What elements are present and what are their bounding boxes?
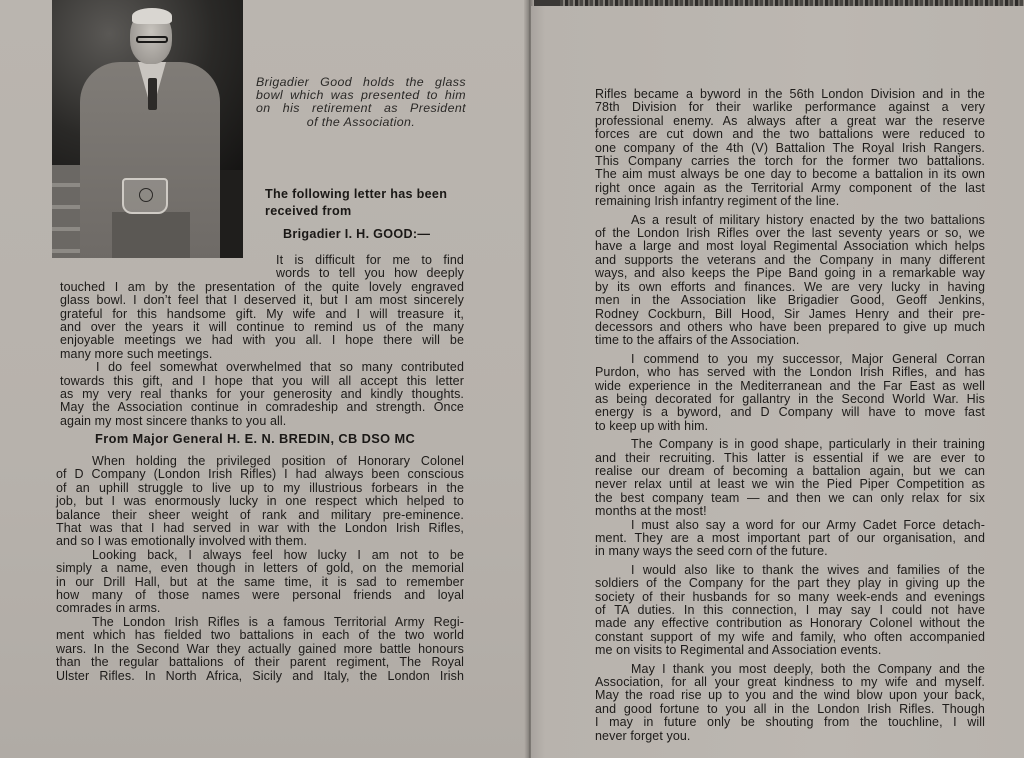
text-line: of D Company (London Irish Rifles) I had… <box>56 468 464 481</box>
text-line: remaining Irish infantry regiment of the… <box>595 195 985 208</box>
text-line: the best company team — and then we can … <box>595 492 985 505</box>
intro-line-1: The following letter has been <box>265 187 447 201</box>
photo-trousers <box>112 212 190 258</box>
letter-bredin-heading: From Major General H. E. N. BREDIN, CB D… <box>95 431 455 446</box>
text-line: and good fortune to you all in the Londo… <box>595 703 985 716</box>
text-line: I may in future only be shouting from th… <box>595 716 985 729</box>
text-line: ways, and also keeps the Pipe Band going… <box>595 267 985 280</box>
text-line: wars. In the Second War they actually ga… <box>56 643 464 656</box>
text-line: I would also like to thank the wives and… <box>595 564 985 577</box>
text-line: as being decorated for gallantry in the … <box>595 393 985 406</box>
text-line: Looking back, I always feel how lucky I … <box>56 549 464 562</box>
text-line: of an uphill struggle to live up to my i… <box>56 482 464 495</box>
text-line: never forget you. <box>595 730 985 743</box>
text-line: and supports the veterans and the Compan… <box>595 254 985 267</box>
text-line: touched I am by the presentation of the … <box>60 281 464 294</box>
text-line: May the road rise up to you and the wind… <box>595 689 985 702</box>
text-line: balance their sheer weight of rank and m… <box>56 509 464 522</box>
text-line: never relax until at least we win the Pi… <box>595 478 985 491</box>
text-line: time to the affairs of the Association. <box>595 334 985 347</box>
caption-line: of the Association. <box>256 116 466 129</box>
text-line: of the London Irish Rifles over the last… <box>595 227 985 240</box>
photo-glasses <box>136 36 168 43</box>
text-line: glass bowl. I don’t feel that I deserved… <box>60 294 464 307</box>
photo-brigadier-good <box>52 0 243 258</box>
text-line: how many of those names were personal fr… <box>56 589 464 602</box>
text-line: simply a name, even though in letters of… <box>56 562 464 575</box>
letter-bredin-continued: Rifles became a byword in the 56th Londo… <box>595 88 985 743</box>
text-line: men in the Association like Brigadier Go… <box>595 294 985 307</box>
text-line: decessors and others who have been prepa… <box>595 321 985 334</box>
letter-signer: Brigadier I. H. GOOD:— <box>265 226 470 243</box>
text-line: as my very real thanks for your generosi… <box>60 388 464 401</box>
text-line: of TA duties. In this connection, I may … <box>595 604 985 617</box>
letter-good-body: It is difficult for me to findwords to t… <box>60 254 464 428</box>
text-line: energy is a byword, and D Company will h… <box>595 406 985 419</box>
photo-hair <box>132 8 172 24</box>
text-line: professional enemy. As always after a gr… <box>595 115 985 128</box>
text-line: and so I was emotionally involved with t… <box>56 535 464 548</box>
text-line: May I thank you most deeply, both the Co… <box>595 663 985 676</box>
text-line: society of their husbands for so many we… <box>595 591 985 604</box>
glass-bowl <box>122 178 168 214</box>
text-line: The Company is in good shape, particular… <box>595 438 985 451</box>
text-line: 78th Division for their warlike performa… <box>595 101 985 114</box>
text-line: Association, for all your great kindness… <box>595 676 985 689</box>
text-line: ment. They are a most important part of … <box>595 532 985 545</box>
text-line: The London Irish Rifles is a famous Terr… <box>56 616 464 629</box>
text-line: comrades in arms. <box>56 602 464 615</box>
text-line: in our Drill Hall, but at the same time,… <box>56 576 464 589</box>
text-line: wide experience in the Mediterranean and… <box>595 380 985 393</box>
text-line: When holding the privileged position of … <box>56 455 464 468</box>
text-line: ment which has fielded two battalions in… <box>56 629 464 642</box>
text-line: As a result of military history enacted … <box>595 214 985 227</box>
text-line: That was that I had served in war with t… <box>56 522 464 535</box>
text-line: me on visits to Regimental and Associati… <box>595 644 985 657</box>
letter-bredin-body: When holding the privileged position of … <box>56 455 464 683</box>
text-line: have a large and most loyal Regimental A… <box>595 240 985 253</box>
photo-caption: Brigadier Good holds the glass bowl whic… <box>256 76 466 129</box>
text-line: Rifles became a byword in the 56th Londo… <box>595 88 985 101</box>
photo-tie <box>148 78 157 110</box>
text-line: I commend to you my successor, Major Gen… <box>595 353 985 366</box>
text-line: right once again as the Territorial Army… <box>595 182 985 195</box>
text-line: Purdon, who has served with the London I… <box>595 366 985 379</box>
caption-line: on his retirement as President <box>256 102 466 115</box>
text-line: I must also say a word for our Army Cade… <box>595 519 985 532</box>
text-line: words to tell you how deeply <box>276 267 464 280</box>
text-line: to keep up with him. <box>595 420 985 433</box>
text-line: realise our dream of becoming a battalio… <box>595 465 985 478</box>
text-line: made any effective contribution as Honor… <box>595 617 985 630</box>
text-line: and over the years it will continue to r… <box>60 321 464 334</box>
text-line: The aim must always be one day to become… <box>595 168 985 181</box>
text-line: I do feel somewhat overwhelmed that so m… <box>60 361 464 374</box>
text-line: months at the most! <box>595 505 985 518</box>
text-line: by its own efforts and finances. We are … <box>595 281 985 294</box>
text-line: enjoyable meetings we had with you all. … <box>60 334 464 347</box>
text-line: again my most sincere thanks to you all. <box>60 415 464 428</box>
text-line: one company of the 4th (V) Battalion The… <box>595 142 985 155</box>
text-line: towards this gift, and I hope that you w… <box>60 375 464 388</box>
letter-intro: The following letter has been received f… <box>265 186 470 243</box>
text-line: than the regular battalions of their par… <box>56 656 464 669</box>
text-line: forces are cut down and the two battalio… <box>595 128 985 141</box>
text-line: and their recruiting. This latter is ess… <box>595 452 985 465</box>
bowl-crest-icon <box>139 188 153 202</box>
text-line: constant support of my wife and family, … <box>595 631 985 644</box>
text-line: This Company carries the torch for the f… <box>595 155 985 168</box>
text-line: soldiers of the Company for the part the… <box>595 577 985 590</box>
text-line: Ulster Rifles. In North Africa, Sicily a… <box>56 670 464 683</box>
text-line: It is difficult for me to find <box>276 254 464 267</box>
text-line: Rodney Cockburn, Bill Hood, Sir James He… <box>595 308 985 321</box>
text-line: job, but I was enormously lucky in one r… <box>56 495 464 508</box>
intro-line-2: received from <box>265 204 352 218</box>
text-line: grateful for this handsome gift. My wife… <box>60 308 464 321</box>
text-line: in many ways the seed corn of the future… <box>595 545 985 558</box>
text-line: May the Association continue in comrades… <box>60 401 464 414</box>
text-line: many more such meetings. <box>60 348 464 361</box>
left-page: Brigadier Good holds the glass bowl whic… <box>0 0 528 758</box>
